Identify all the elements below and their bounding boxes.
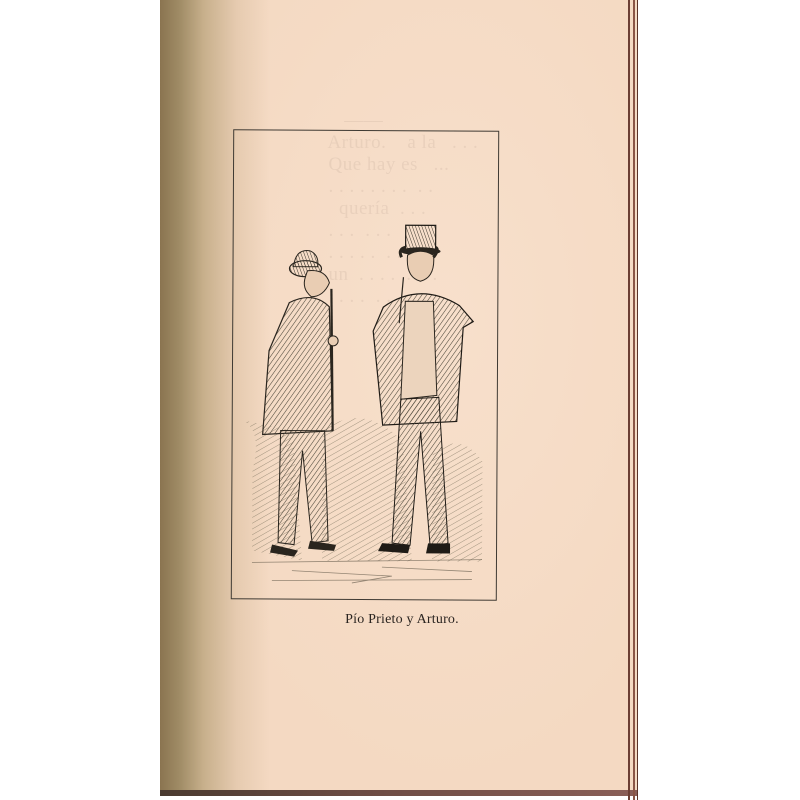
caption-text: Pío Prieto y Arturo. (345, 612, 459, 628)
ground (252, 558, 482, 583)
page-bottom-edge (160, 790, 638, 796)
illustration-caption: Pío Prieto y Arturo. (0, 612, 800, 628)
page-stack-edges (628, 0, 640, 800)
illustration-frame (231, 129, 499, 600)
engraving-illustration (232, 130, 498, 599)
